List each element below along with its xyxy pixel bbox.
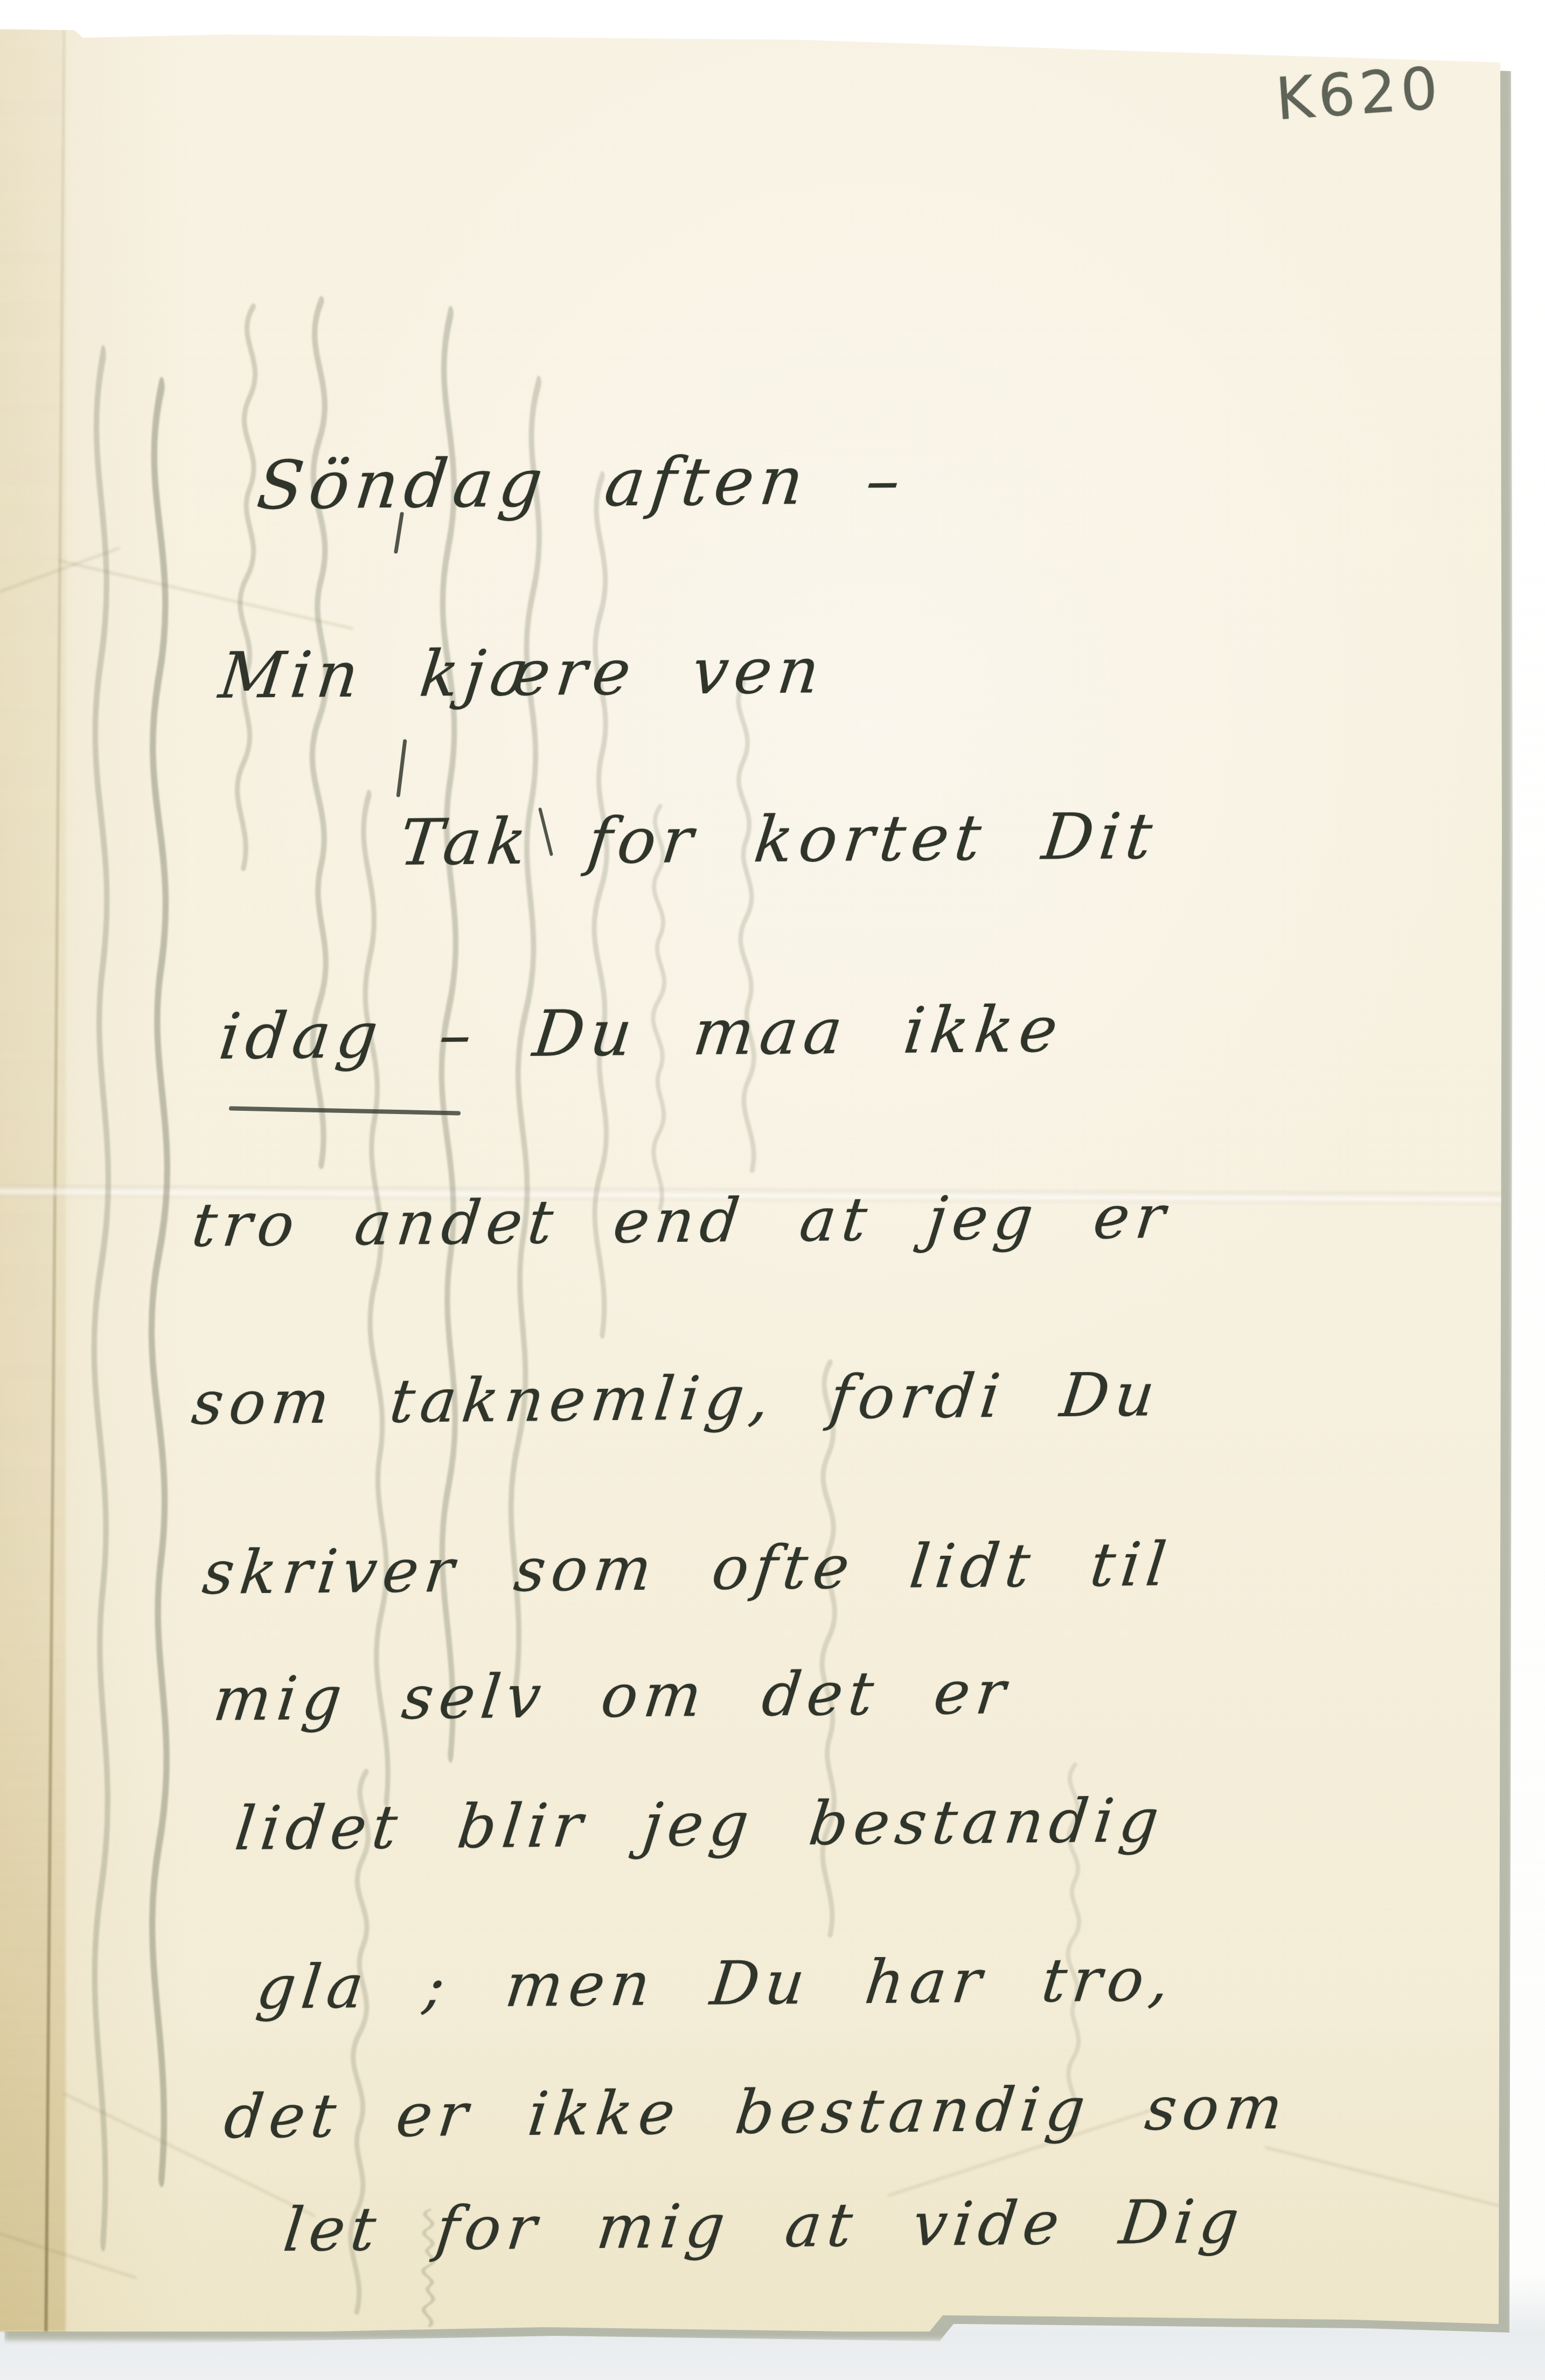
letter-line: som taknemlig, fordi Du [189,1360,1164,1438]
letter-line: Tak for kortet Dit [396,799,1162,880]
letter-line: lidet blir jeg bestandig [232,1786,1168,1864]
letter-line-dateline: Söndag aften – [253,442,910,525]
diagonal-crease [1265,2146,1506,2208]
catalog-mark: K620 [1273,54,1444,133]
letter-line: skriver som ofte lidt til [199,1529,1175,1608]
bleedthrough-squiggle-column [720,678,772,1174]
bleedthrough-squiggle-column [75,339,127,2257]
letter-line: idag – Du maa ikke [215,992,1067,1074]
letter-line: tro andet end at jeg er [189,1182,1174,1261]
letter-line-salutation: Min kjære ven [215,633,829,713]
letter-line: det er ikke bestandig som [221,2073,1292,2152]
letter-line: let for mig at vide Dig [280,2187,1248,2265]
letter-line: gla ; men Du har tro, [253,1945,1179,2023]
margin-ghost-writing [131,372,187,2193]
letter-line: mig selv om det er [210,1658,1015,1735]
scanned-letter-page: K620 Söndag aften – Min kjære ven Tak fo… [0,0,1545,2380]
